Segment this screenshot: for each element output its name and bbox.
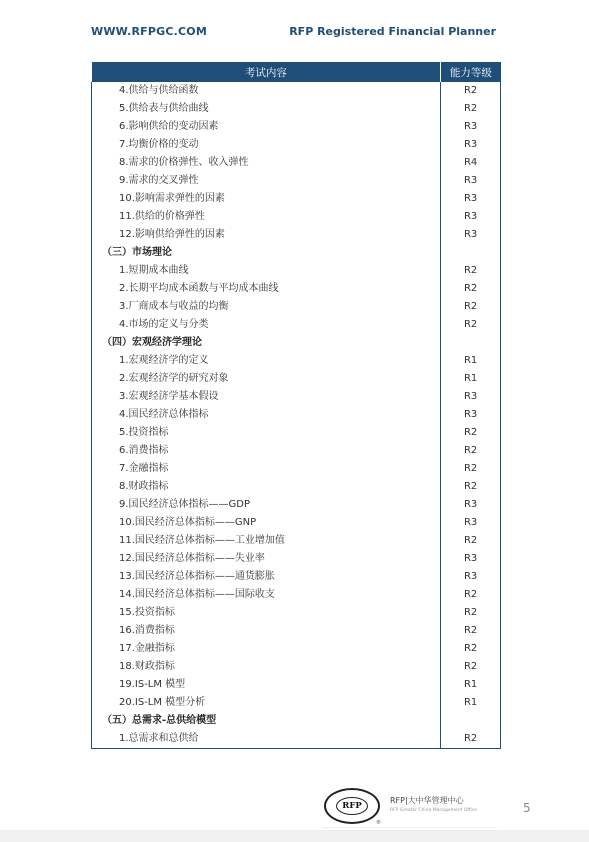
level-cell: R3 xyxy=(441,388,501,406)
level-cell: R2 xyxy=(441,622,501,640)
table-row: 14.国民经济总体指标——国际收支R2 xyxy=(92,586,501,604)
content-cell: 8.需求的价格弹性、收入弹性 xyxy=(92,154,441,172)
content-cell: 13.国民经济总体指标——通货膨胀 xyxy=(92,568,441,586)
footer-branding: RFP ® RFP|大中华管理中心 RFP Greater China Mana… xyxy=(322,786,497,828)
table-body: 4.供给与供给函数R25.供给表与供给曲线R26.影响供给的变动因素R37.均衡… xyxy=(92,82,501,749)
table-row: 13.国民经济总体指标——通货膨胀R3 xyxy=(92,568,501,586)
level-cell: R2 xyxy=(441,298,501,316)
level-cell: R1 xyxy=(441,352,501,370)
level-cell: R3 xyxy=(441,118,501,136)
level-cell: R2 xyxy=(441,730,501,749)
table-row: 3.宏观经济学基本假设R3 xyxy=(92,388,501,406)
org-name-en: RFP Greater China Management Office xyxy=(390,808,477,813)
header-title: RFP Registered Financial Planner xyxy=(289,25,496,38)
content-cell: 5.供给表与供给曲线 xyxy=(92,100,441,118)
content-cell: 4.国民经济总体指标 xyxy=(92,406,441,424)
table-row: 8.财政指标R2 xyxy=(92,478,501,496)
table-row: 1.宏观经济学的定义R1 xyxy=(92,352,501,370)
table-row: 7.金融指标R2 xyxy=(92,460,501,478)
content-cell: 9.国民经济总体指标——GDP xyxy=(92,496,441,514)
table-row: 19.IS-LM 模型R1 xyxy=(92,676,501,694)
level-cell: R2 xyxy=(441,262,501,280)
content-cell: 1.总需求和总供给 xyxy=(92,730,441,749)
table-row: 6.消费指标R2 xyxy=(92,442,501,460)
content-cell: 7.金融指标 xyxy=(92,460,441,478)
level-cell: R2 xyxy=(441,586,501,604)
rfp-logo: RFP xyxy=(324,788,380,824)
level-cell: R2 xyxy=(441,316,501,334)
page-bottom-strip xyxy=(0,830,589,842)
section-title: （五）总需求-总供给模型 xyxy=(92,712,441,730)
content-cell: 17.金融指标 xyxy=(92,640,441,658)
content-cell: 11.国民经济总体指标——工业增加值 xyxy=(92,532,441,550)
level-cell: R2 xyxy=(441,424,501,442)
level-cell: R3 xyxy=(441,406,501,424)
level-cell: R3 xyxy=(441,136,501,154)
table-row: 4.国民经济总体指标R3 xyxy=(92,406,501,424)
content-cell: 14.国民经济总体指标——国际收支 xyxy=(92,586,441,604)
table-row: 2.宏观经济学的研究对象R1 xyxy=(92,370,501,388)
level-cell: R2 xyxy=(441,280,501,298)
level-cell: R2 xyxy=(441,604,501,622)
level-cell: R3 xyxy=(441,568,501,586)
table-row: 12.影响供给弹性的因素R3 xyxy=(92,226,501,244)
table-row: 3.厂商成本与收益的均衡R2 xyxy=(92,298,501,316)
content-cell: 10.影响需求弹性的因素 xyxy=(92,190,441,208)
content-cell: 10.国民经济总体指标——GNP xyxy=(92,514,441,532)
table-row: 5.供给表与供给曲线R2 xyxy=(92,100,501,118)
table-header-row: 考试内容 能力等级 xyxy=(92,62,501,82)
table-row: 4.市场的定义与分类R2 xyxy=(92,316,501,334)
level-cell: R3 xyxy=(441,550,501,568)
table-row: 10.国民经济总体指标——GNPR3 xyxy=(92,514,501,532)
content-cell: 16.消费指标 xyxy=(92,622,441,640)
content-cell: 3.宏观经济学基本假设 xyxy=(92,388,441,406)
content-cell: 18.财政指标 xyxy=(92,658,441,676)
level-cell: R1 xyxy=(441,676,501,694)
level-cell: R3 xyxy=(441,496,501,514)
table-section-row: （四）宏观经济学理论 xyxy=(92,334,501,352)
level-cell: R2 xyxy=(441,658,501,676)
content-cell: 2.长期平均成本函数与平均成本曲线 xyxy=(92,280,441,298)
content-cell: 12.国民经济总体指标——失业率 xyxy=(92,550,441,568)
level-cell: R2 xyxy=(441,82,501,100)
level-cell: R2 xyxy=(441,532,501,550)
level-cell: R2 xyxy=(441,478,501,496)
table-row: 16.消费指标R2 xyxy=(92,622,501,640)
content-cell: 11.供给的价格弹性 xyxy=(92,208,441,226)
level-cell: R2 xyxy=(441,100,501,118)
footer-divider xyxy=(322,827,497,828)
level-cell: R3 xyxy=(441,172,501,190)
content-cell: 4.供给与供给函数 xyxy=(92,82,441,100)
rfp-logo-text: RFP xyxy=(336,797,368,815)
table-section-row: （五）总需求-总供给模型 xyxy=(92,712,501,730)
content-cell: 7.均衡价格的变动 xyxy=(92,136,441,154)
table-section-row: （三）市场理论 xyxy=(92,244,501,262)
content-cell: 8.财政指标 xyxy=(92,478,441,496)
table-row: 7.均衡价格的变动R3 xyxy=(92,136,501,154)
table-row: 9.需求的交叉弹性R3 xyxy=(92,172,501,190)
content-cell: 3.厂商成本与收益的均衡 xyxy=(92,298,441,316)
level-cell: R4 xyxy=(441,154,501,172)
content-cell: 15.投资指标 xyxy=(92,604,441,622)
registered-mark: ® xyxy=(376,820,381,826)
section-title: （三）市场理论 xyxy=(92,244,441,262)
content-cell: 19.IS-LM 模型 xyxy=(92,676,441,694)
level-cell: R2 xyxy=(441,442,501,460)
content-cell: 6.消费指标 xyxy=(92,442,441,460)
table-row: 15.投资指标R2 xyxy=(92,604,501,622)
table-row: 4.供给与供给函数R2 xyxy=(92,82,501,100)
level-cell: R1 xyxy=(441,370,501,388)
content-cell: 9.需求的交叉弹性 xyxy=(92,172,441,190)
level-cell: R3 xyxy=(441,514,501,532)
table-row: 18.财政指标R2 xyxy=(92,658,501,676)
content-cell: 1.宏观经济学的定义 xyxy=(92,352,441,370)
table-row: 17.金融指标R2 xyxy=(92,640,501,658)
level-cell: R2 xyxy=(441,640,501,658)
table-row: 8.需求的价格弹性、收入弹性R4 xyxy=(92,154,501,172)
content-cell: 5.投资指标 xyxy=(92,424,441,442)
content-cell: 20.IS-LM 模型分析 xyxy=(92,694,441,712)
table-row: 1.总需求和总供给R2 xyxy=(92,730,501,749)
content-cell: 6.影响供给的变动因素 xyxy=(92,118,441,136)
table-row: 10.影响需求弹性的因素R3 xyxy=(92,190,501,208)
level-cell: R1 xyxy=(441,694,501,712)
level-cell xyxy=(441,712,501,730)
content-cell: 4.市场的定义与分类 xyxy=(92,316,441,334)
section-title: （四）宏观经济学理论 xyxy=(92,334,441,352)
table-row: 12.国民经济总体指标——失业率R3 xyxy=(92,550,501,568)
table-row: 20.IS-LM 模型分析R1 xyxy=(92,694,501,712)
level-cell: R3 xyxy=(441,208,501,226)
level-cell: R3 xyxy=(441,226,501,244)
content-cell: 12.影响供给弹性的因素 xyxy=(92,226,441,244)
header-website: WWW.RFPGC.COM xyxy=(91,25,207,38)
table-row: 1.短期成本曲线R2 xyxy=(92,262,501,280)
content-cell: 1.短期成本曲线 xyxy=(92,262,441,280)
table-row: 6.影响供给的变动因素R3 xyxy=(92,118,501,136)
table-row: 11.国民经济总体指标——工业增加值R2 xyxy=(92,532,501,550)
level-cell: R2 xyxy=(441,460,501,478)
column-header-level: 能力等级 xyxy=(441,62,501,82)
level-cell xyxy=(441,244,501,262)
org-name-cn: RFP|大中华管理中心 xyxy=(390,795,464,806)
table-row: 9.国民经济总体指标——GDPR3 xyxy=(92,496,501,514)
syllabus-table: 考试内容 能力等级 4.供给与供给函数R25.供给表与供给曲线R26.影响供给的… xyxy=(91,62,501,749)
document-page: WWW.RFPGC.COM RFP Registered Financial P… xyxy=(0,0,589,830)
table-row: 5.投资指标R2 xyxy=(92,424,501,442)
content-cell: 2.宏观经济学的研究对象 xyxy=(92,370,441,388)
level-cell: R3 xyxy=(441,190,501,208)
level-cell xyxy=(441,334,501,352)
page-number: 5 xyxy=(523,801,531,815)
table-row: 2.长期平均成本函数与平均成本曲线R2 xyxy=(92,280,501,298)
table-row: 11.供给的价格弹性R3 xyxy=(92,208,501,226)
column-header-content: 考试内容 xyxy=(92,62,441,82)
